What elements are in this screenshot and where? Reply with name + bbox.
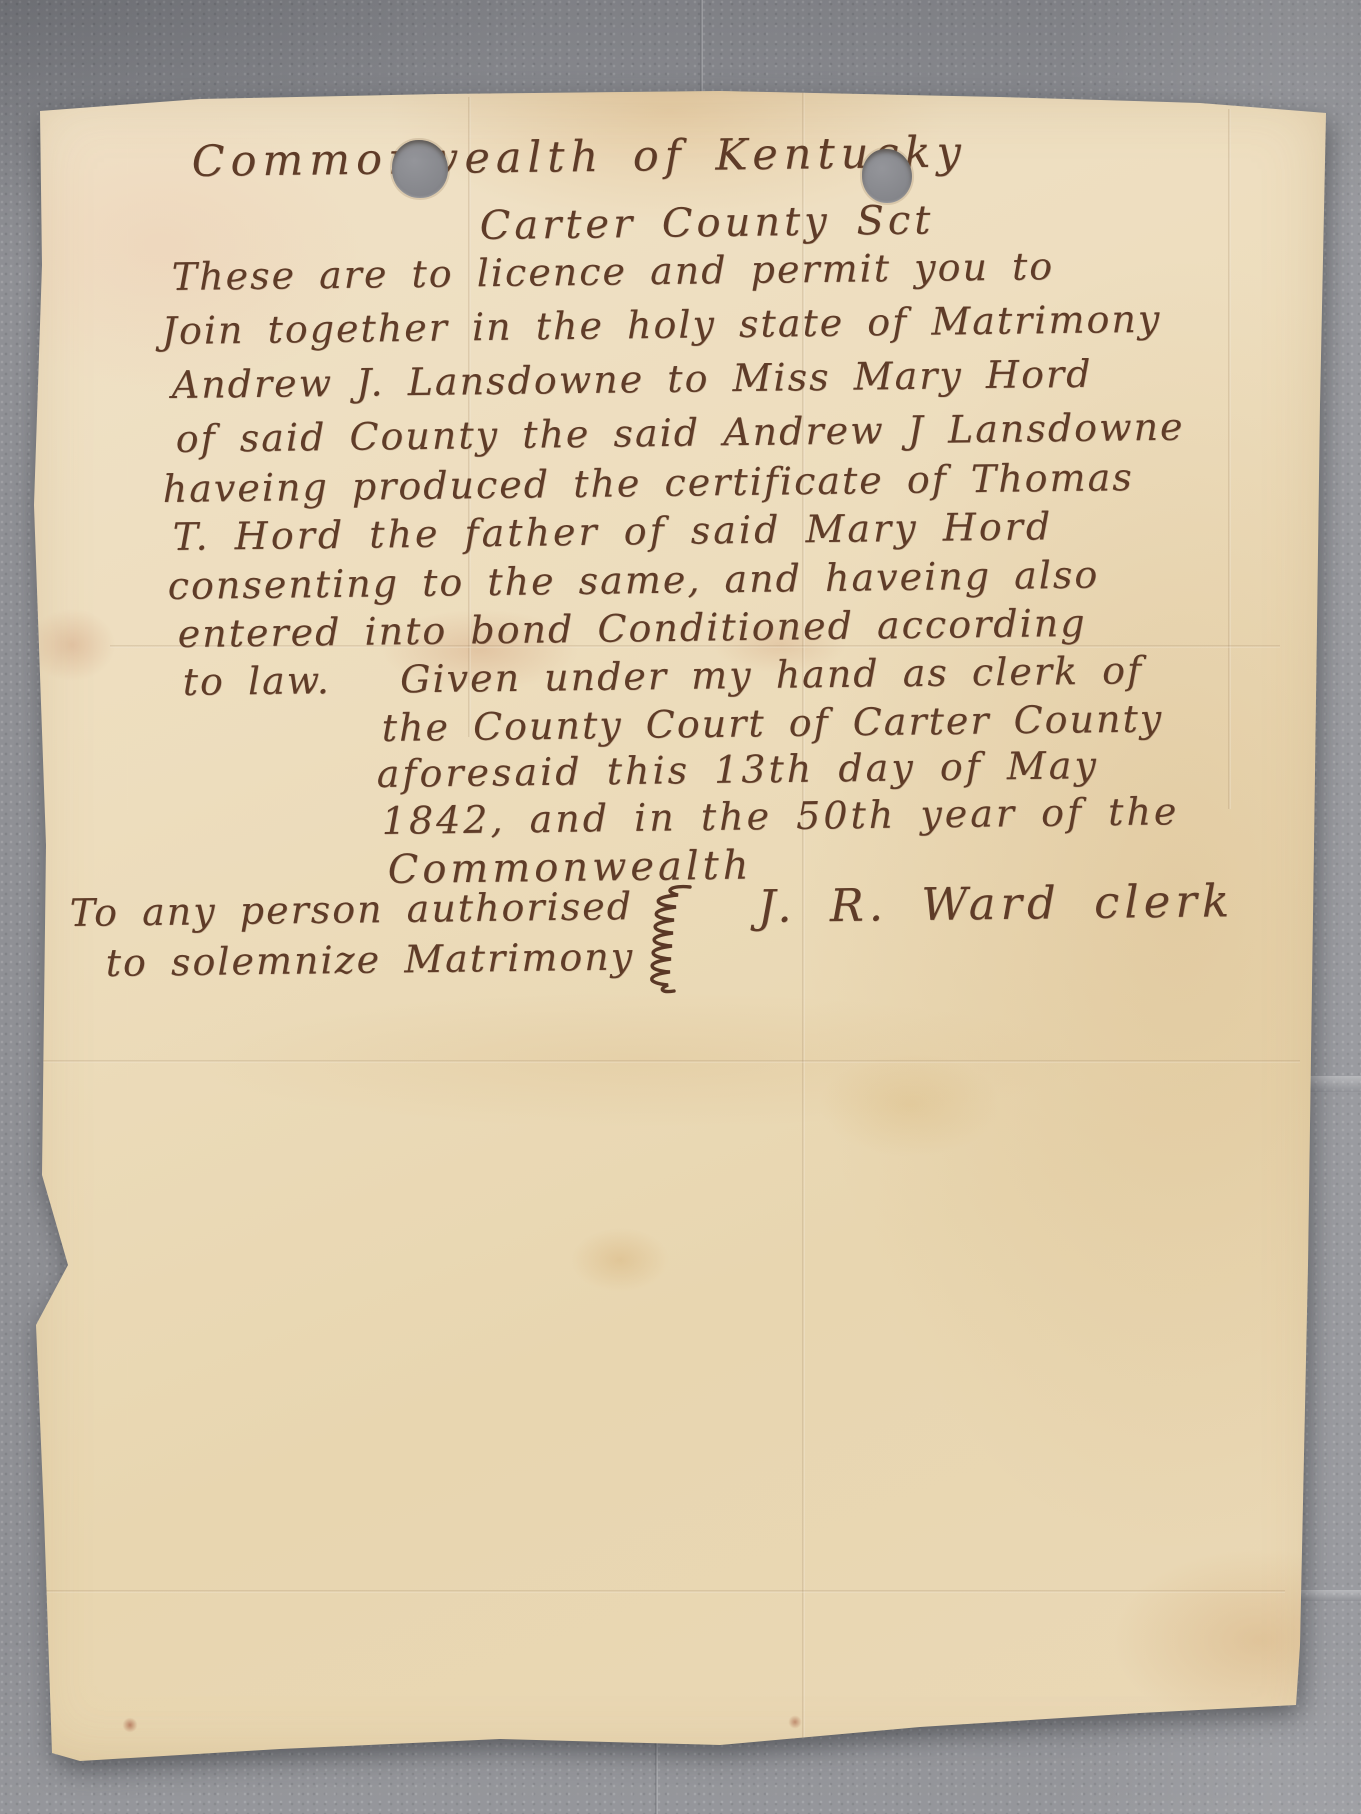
fold-crease-horizontal-upper	[110, 645, 1280, 648]
fold-crease-horizontal-middle	[30, 1060, 1300, 1063]
line-year-1842: 1842, and in the 50th year of the	[381, 789, 1179, 843]
fold-crease-vertical-left	[468, 97, 471, 737]
line-commonwealth-closing: Commonwealth	[387, 843, 752, 893]
document-paper: Commonwealth of Kentucky Carter County S…	[20, 85, 1335, 1770]
line-having-produced: haveing produced the certificate of Thom…	[162, 455, 1133, 511]
line-entered-bond: entered into bond Conditioned according	[177, 601, 1086, 656]
line-andrew-to-mary: Andrew J. Lansdowne to Miss Mary Hord	[171, 352, 1092, 407]
fold-crease-vertical-center	[802, 91, 805, 1741]
line-to-solemnize: to solemnize Matrimony	[105, 935, 634, 985]
photo-background: Commonwealth of Kentucky Carter County S…	[0, 0, 1361, 1814]
flourish-squiggle	[632, 883, 712, 995]
fold-crease-vertical-right	[1228, 109, 1231, 809]
signature-jr-ward-clerk: J. R. Ward clerk	[757, 874, 1234, 933]
line-of-said-county: of said County the said Andrew J Lansdow…	[175, 405, 1184, 461]
age-stains-overlay	[20, 85, 1335, 1770]
punch-hole-right	[862, 149, 912, 203]
line-given-under-hand: to law. Given under my hand as clerk of	[182, 648, 1143, 704]
punch-hole-left	[392, 140, 448, 198]
line-hord-father: T. Hord the father of said Mary Hord	[172, 504, 1053, 559]
line-carter-county-sct: Carter County Sct	[479, 197, 934, 249]
line-county-court: the County Court of Carter County	[381, 696, 1163, 750]
line-to-any-person: To any person authorised	[69, 884, 633, 935]
line-licence-permit: These are to licence and permit you to	[171, 244, 1054, 299]
line-commonwealth-of-kentucky: Commonwealth of Kentucky	[191, 128, 967, 187]
line-aforesaid-date: aforesaid this 13th day of May	[376, 743, 1099, 796]
fold-crease-horizontal-lower	[45, 1590, 1285, 1593]
line-join-together: Join together in the holy state of Matri…	[161, 297, 1161, 353]
line-consenting: consenting to the same, and haveing also	[167, 553, 1099, 608]
document-paper-wrapper: Commonwealth of Kentucky Carter County S…	[20, 85, 1335, 1770]
